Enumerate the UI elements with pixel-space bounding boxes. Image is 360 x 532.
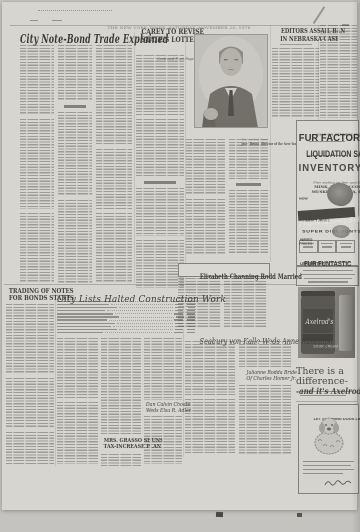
text-block xyxy=(101,338,141,434)
ad-fur-factory-title: FUR FACTORY xyxy=(299,133,360,144)
fur-piece-illustration xyxy=(332,225,350,238)
jar-label: Axelrod's xyxy=(303,309,333,333)
text-block xyxy=(20,119,54,209)
axelrod-smudge-line xyxy=(300,391,352,392)
body-text-column xyxy=(186,139,225,259)
text-block xyxy=(136,55,184,115)
body-text-column xyxy=(224,278,267,332)
text-block xyxy=(57,402,98,464)
article-grasso: MRS. GRASSO SHUNS TAX-INCREASE PLAN xyxy=(99,438,143,451)
article-choate: Dan Calvin Choate Weds Elsa R. Adler xyxy=(142,402,184,415)
body-text-column xyxy=(58,45,92,288)
article-editors: EDITORS ASSAIL BAN IN NEBRASKA CASE xyxy=(272,28,319,43)
body-text-column xyxy=(101,338,141,438)
text-block xyxy=(6,378,54,428)
text-block xyxy=(229,190,268,254)
section-rule xyxy=(4,284,296,285)
text-block xyxy=(239,385,291,455)
portrait-photo xyxy=(194,34,268,128)
subhead-bar xyxy=(236,183,262,186)
subhead-bar xyxy=(144,181,176,184)
body-text-column xyxy=(239,385,291,459)
ad-smudge-line xyxy=(303,461,354,462)
ad-smudge-line xyxy=(307,155,347,156)
article-elizabeth: Elizabeth Channing Rodd Married xyxy=(178,263,270,277)
text-block xyxy=(96,213,132,283)
text-block xyxy=(229,139,268,179)
body-text-column xyxy=(96,45,132,287)
headline-rodda-line2: Of Charles Homer Jr. xyxy=(246,376,296,382)
ad-smudge-line xyxy=(303,473,343,474)
scan-dotted-line-artifact xyxy=(38,10,112,11)
text-block xyxy=(144,338,182,400)
column-rule xyxy=(318,25,319,120)
body-text-column xyxy=(185,341,235,457)
scan-registration-mark xyxy=(216,512,223,517)
text-block xyxy=(185,399,235,453)
body-text-column xyxy=(57,338,98,468)
body-text-column xyxy=(144,416,182,468)
scan-registration-mark xyxy=(297,513,302,517)
text-block xyxy=(272,48,319,118)
article-rodda: Julianne Rodda Bride Of Charles Homer Jr… xyxy=(242,370,288,383)
text-block xyxy=(96,45,132,145)
body-text-column xyxy=(6,304,54,468)
signature-script xyxy=(323,478,353,488)
text-block xyxy=(186,139,225,195)
body-text-column xyxy=(136,55,184,292)
text-block xyxy=(224,278,267,328)
text-block xyxy=(239,341,291,367)
text-block xyxy=(6,304,54,374)
ad-smudge-line xyxy=(309,141,345,142)
article-carey: CAREY TO REVISE STATE'S LOTTERY xyxy=(136,28,184,45)
sour-cream-jar-photo: Axelrod's SOUR CREAM xyxy=(298,287,355,358)
body-text-column xyxy=(272,48,319,122)
text-block xyxy=(101,454,141,466)
text-block xyxy=(96,149,132,209)
text-block xyxy=(136,119,184,177)
text-block xyxy=(58,45,92,101)
ad-axelrod-header-box xyxy=(296,266,359,286)
column-rule xyxy=(55,288,56,466)
body-text-column xyxy=(20,45,54,287)
ad-coupon-box xyxy=(299,240,318,253)
body-text-column xyxy=(239,341,291,371)
newspaper-scan: THE NEW YORK TIMES, SATURDAY, NOVEMBER 2… xyxy=(0,0,360,532)
body-text-column xyxy=(144,338,182,404)
column-rule xyxy=(270,25,271,262)
axelrod-smudge-line xyxy=(300,395,346,396)
ad-coupon-row xyxy=(299,240,355,253)
glass-of-sour-cream xyxy=(339,295,352,351)
text-block xyxy=(136,188,184,236)
masthead-rule xyxy=(10,25,349,26)
construction-list-table xyxy=(57,300,195,334)
text-block xyxy=(136,240,184,288)
text-block xyxy=(20,45,54,115)
ad-coupon-box xyxy=(318,240,337,253)
body-text-column xyxy=(101,454,141,470)
column-rule xyxy=(183,329,184,457)
text-block xyxy=(58,200,92,284)
body-text-column xyxy=(229,139,268,258)
text-block xyxy=(58,112,92,196)
text-block xyxy=(57,338,98,398)
text-block xyxy=(185,341,235,395)
article-trading: TRADING OF NOTES FOR BONDS STARTS xyxy=(6,288,54,302)
jar-brand-script: Axelrod's xyxy=(305,318,333,326)
table-row xyxy=(57,331,195,334)
ad-address-smudge xyxy=(303,262,351,263)
ad-divider-rule xyxy=(296,401,357,402)
ad-sleeping-dogs: LET SLEEPING DOGS LIE . . . xyxy=(298,404,359,494)
text-block xyxy=(186,199,225,255)
dog-illustration xyxy=(309,413,349,457)
ad-smudge-line xyxy=(303,465,351,466)
scan-edge-shade xyxy=(352,0,360,532)
ad-now-line1: NOW xyxy=(299,197,308,201)
column-rule xyxy=(134,32,135,283)
ad-fur-factory: SALE ON GENUINE FURS FUR FACTORY LIQUIDA… xyxy=(296,120,359,266)
subhead-bar xyxy=(64,105,86,108)
text-block xyxy=(6,432,54,464)
ad-smudge-line xyxy=(303,469,354,470)
text-block xyxy=(20,213,54,283)
text-block xyxy=(144,416,182,464)
newspaper-page: THE NEW YORK TIMES, SATURDAY, NOVEMBER 2… xyxy=(2,2,357,510)
dateline-smudge xyxy=(280,44,312,45)
